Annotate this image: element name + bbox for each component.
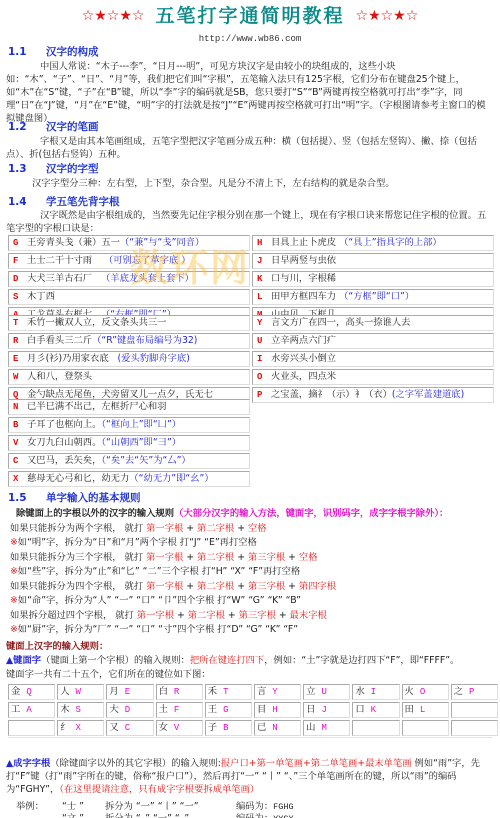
keyface-char: 女 [159,722,168,733]
table-row: N已半巳满不出己，左框折尸心和羽 [8,399,250,415]
keyface-char: 口 [355,704,364,715]
keyface-char: 月 [109,686,118,697]
keyface-cell: 水I [352,684,399,700]
section-body-1-4: 汉字既然是由字根组成的，当然要先记住字根分别在那一个键上，现在有字根口诀来帮您记… [6,209,492,235]
keyface-cell: 女V [156,720,203,736]
root-cell: J日早两竖与虫依 [252,253,494,269]
table-row: F土士二干十寸雨 （可别忘了革字底 ） J日早两竖与虫依 [8,253,494,269]
keyface-key: O [420,687,425,697]
table-row: 金Q 人W 月E 白R 禾T 言Y 立U 水I 火O 之P [8,684,498,700]
keyface-key: G [223,705,228,715]
keyface-cell: 山M [303,720,350,736]
root-cell: Y言文方广在四一，高头一捺谁人去 [252,315,494,331]
chengzi-rule: ▲成字字根（除键面字以外的其它字根）的输入规则:报户口+第一单笔画+第二单笔画+… [6,757,492,796]
keyface-cell: 纟X [57,720,104,736]
root-cell: S木丁西 [8,289,250,305]
keyface-cell: 禾T [205,684,252,700]
keyface-char: 言 [257,686,266,697]
page-header: ☆★☆★☆ 五笔打字通简明教程 ☆★☆★☆ [0,10,500,23]
table-row: R白手看头三二斤（“R”键盘布局编号为32) U立辛两点六门疒 [8,333,494,349]
section-number: 1.3 [8,163,46,176]
root-mnemonic: 子耳了也框向上。 [27,419,101,430]
reference-mark-icon: ※ [10,566,18,577]
reference-mark-icon: ※ [10,537,18,548]
root-note: （可别忘了革字底 ） [104,255,191,266]
keyface-cell: 木S [57,702,104,718]
rule-four-example: ※如“命”字，拆分为“人” “一” “口” “卩”四个字根 打“W” “G” “… [10,594,301,607]
keyface-cell: 立U [303,684,350,700]
key-letter: N [13,401,27,414]
keyface-heading: 键面上汉字的输入规则： [6,640,108,653]
keyface-key: C [125,723,130,733]
plus-sign: + [237,581,245,592]
example-code: YYGY [273,814,293,818]
root-cell: P之宝盖，摘礻（示）衤（衣）(之字军盖建道底) [252,387,494,403]
root-cell: G王旁青头戋（兼）五一（“兼”与“戋”同音） [8,235,250,251]
root-cell: R白手看头三二斤（“R”键盘布局编号为32) [8,333,250,349]
example-text: 如“命”字，拆分为“人” “一” “口” “卩”四个字根 打“W” “G” “K… [18,595,301,606]
root-cell: W人和八，登祭头 [8,369,250,385]
key-letter: F [13,255,27,268]
keyface-char: 白 [159,686,168,697]
keyface-cell: 子B [205,720,252,736]
root-table-zhe: N已半巳满不出己，左框折尸心和羽 B子耳了也框向上。（“框向上”即“凵”） V女… [6,397,252,489]
keyface-key: R [174,687,179,697]
formula-part: 第三字根 [248,552,285,563]
table-row: T禾竹一撇双人立，反文条头共三一 Y言文方广在四一，高头一捺谁人去 [8,315,494,331]
keyface-key: M [321,723,326,733]
keyface-cell [8,720,55,736]
section-number: 1.4 [8,196,46,209]
keyface-key: E [125,687,130,697]
example-split: 拆分为 “、” “一” “、” [105,812,233,818]
keyface-cell: 口K [352,702,399,718]
formula-part: 第一字根 [146,581,183,592]
keyface-char: 大 [109,704,118,715]
table-row: G王旁青头戋（兼）五一（“兼”与“戋”同音） H目具上止卜虎皮 （“具上”指具字… [8,235,494,251]
keyface-desc: （键面上第一个字根）的输入规则： [41,655,190,666]
keyface-cell [402,720,449,736]
keyface-cell [451,702,498,718]
formula-part: 第一字根 [146,523,183,534]
root-note: （羊底龙头套上套下） [101,273,194,284]
keyface-rule: ▲键面字（键面上第一个字根）的输入规则：把所在键连打四下，例如：“土”字就是边打… [6,654,492,667]
keyface-char: 又 [109,722,118,733]
example-label: 举例： [16,800,44,813]
reference-mark-icon: ※ [10,595,18,606]
site-url[interactable]: http://www.wb86.com [0,33,500,46]
section-heading-1-3: 1.3汉字的字型 [8,163,99,176]
root-mnemonic: 禾竹一撇双人立，反文条头共三一 [27,317,166,328]
root-mnemonic: 水旁兴头小倒立 [271,353,336,364]
keyface-key: N [272,723,277,733]
keyface-key: A [26,705,31,715]
section-number: 1.2 [8,121,46,134]
section-heading-1-1: 1.1汉字的构成 [8,46,99,59]
root-note: （“兼”与“戋”同音） [120,237,204,248]
example-char: “文 ” [62,812,102,818]
section-title: 汉字的构成 [46,46,99,58]
section-body-1-2: 字根又是由其本笔画组成，五笔字型把汉字笔画分成五种：横（包括提）、竖（包括左竖钩… [6,135,492,161]
root-note: （“幼无力”即“幺”） [129,473,213,484]
example-text: 如“些”字，拆分为“止”和“匕” “二”三个字根 打“H” “X” “F”再打空… [18,566,300,577]
keyface-key: P [469,687,474,697]
plus-sign: + [228,610,236,621]
rule-three-example: ※如“些”字，拆分为“止”和“匕” “二”三个字根 打“H” “X” “F”再打… [10,565,300,578]
keyface-cell: 金Q [8,684,55,700]
rule-more-roots: 如果拆分超过四个字根， 就打 第一字根 + 第二字根 + 第三字根 + 最末字根 [10,609,327,622]
formula-part: 第三字根 [248,581,285,592]
root-mnemonic: 慈母无心弓和匕，幼无力 [27,473,129,484]
keyface-count-line: 键面字一共有二十五个，它们所在的键位如下图： [6,668,492,681]
root-mnemonic: 火业头，四点米 [271,371,336,382]
keyface-cell: 王G [205,702,252,718]
root-cell: B子耳了也框向上。（“框向上”即“凵”） [8,417,250,433]
root-cell: T禾竹一撇双人立，反文条头共三一 [8,315,250,331]
keyface-key: F [174,705,179,715]
keyface-char: 纟 [60,722,69,733]
root-note: (爱头豹脚舟字底) [118,353,190,364]
plus-sign: + [237,523,245,534]
root-cell: K口与川，字根稀 [252,271,494,287]
table-row: 工A 木S 大D 土F 王G 目H 日J 口K 田L [8,702,498,718]
section-title: 单字输入的基本规则 [46,492,141,504]
rule-four-roots: 如果只能拆分为四个字根， 就打 第一字根 + 第二字根 + 第三字根 + 第四字… [10,580,336,593]
root-mnemonic: 月彡(衫)乃用家衣底 [27,353,109,364]
keyface-key: U [321,687,326,697]
rule-more-example: ※如“厨”字，拆分为“厂” “一” “口” “寸”四个字根 打“D” “G” “… [10,623,298,636]
root-mnemonic: 木丁西 [27,291,55,302]
page-title: 五笔打字通简明教程 [155,5,344,27]
section-number: 1.5 [8,492,46,505]
section-title: 汉字的笔画 [46,121,99,133]
keyface-char: 立 [306,686,315,697]
root-table-horizontal: G王旁青头戋（兼）五一（“兼”与“戋”同音） H目具上止卜虎皮 （“具上”指具字… [6,233,496,325]
key-letter: T [13,317,27,330]
example-code: FGHG [273,802,293,812]
keyface-cell [352,720,399,736]
rules-intro-title: 除键面上的字根以外的汉字的输入规则 [16,508,174,519]
key-letter: G [13,237,27,250]
key-letter: X [13,473,27,486]
plus-sign: + [237,552,245,563]
formula-part: 第二字根 [188,610,225,621]
keyface-char: 土 [159,704,168,715]
key-letter: I [257,353,271,366]
formula-part: 最末字根 [290,610,327,621]
key-letter: Y [257,317,271,330]
section-body-1-1: 中国人常说：“木子---李”，“日月---明”，可见方块汉字是由较小的块组成的，… [6,60,492,125]
key-letter: R [13,335,27,348]
plus-sign: + [177,610,185,621]
key-letter: O [257,371,271,384]
section-title: 学五笔先背字根 [46,196,120,208]
example-text: 如“明”字，拆分为“日”和“月”两个字根 打“J” “E”再打空格 [18,537,257,548]
keyface-char: 工 [11,704,20,715]
root-mnemonic: 土士二干十寸雨 [27,255,92,266]
key-letter: J [257,255,271,268]
example-text: 如“厨”字，拆分为“厂” “一” “口” “寸”四个字根 打“D” “G” “K… [18,624,298,635]
reference-mark-icon: ※ [10,624,18,635]
keyface-cell: 白R [156,684,203,700]
stars-right-decoration: ☆★☆★☆ [356,8,419,24]
table-row: C又巴马，丢矢矣，（“矣”去“矢”为“厶”） [8,453,250,469]
root-mnemonic: 目具上止卜虎皮 [271,237,336,248]
keyface-cell: 工A [8,702,55,718]
keyface-key: B [223,723,228,733]
root-cell: E月彡(衫)乃用家衣底 (爱头豹脚舟字底) [8,351,250,367]
keyface-rule-highlight: 把所在键连打四下 [190,655,264,666]
keyface-key: V [174,723,179,733]
plus-sign: + [186,523,194,534]
section-number: 1.1 [8,46,46,59]
section-heading-1-2: 1.2汉字的笔画 [8,121,99,134]
keyface-label: 键面字 [13,655,41,666]
keyface-char: 水 [355,686,364,697]
keyface-char: 目 [257,704,266,715]
key-letter: B [13,419,27,432]
keyface-cell: 大D [106,702,153,718]
section-heading-1-5: 1.5单字输入的基本规则 [8,492,141,505]
formula-part: 第二字根 [197,523,234,534]
root-mnemonic: 日早两竖与虫依 [271,255,336,266]
keyface-cell: 月E [106,684,153,700]
root-mnemonic: 人和八，登祭头 [27,371,92,382]
root-mnemonic: 已半巳满不出己，左框折尸心和羽 [27,401,166,412]
root-note: （“方框”即“口”） [339,291,414,302]
example-code-label: 编码为： [236,801,273,812]
keyface-char: 木 [60,704,69,715]
root-note: （“具上”指具字的上部） [339,237,442,248]
keyface-key: Y [272,687,277,697]
root-note: （“山朝西”即“彐”） [101,437,181,448]
root-mnemonic: 王旁青头戋（兼）五一 [27,237,120,248]
root-cell: X慈母无心弓和匕，幼无力（“幼无力”即“幺”） [8,471,250,487]
key-letter: E [13,353,27,366]
divider [8,737,492,738]
section-body-1-3: 汉字字型分三种：左右型，上下型，杂合型。凡是分不清上下，左右结构的就是杂合型。 [32,177,492,190]
keyface-cell: 目H [254,702,301,718]
section-title: 汉字的字型 [46,163,99,175]
table-row: B子耳了也框向上。（“框向上”即“凵”） [8,417,250,433]
example-row: “文 ” 拆分为 “、” “一” “、” 编码为：YYGY [62,812,294,818]
table-row: W人和八，登祭头 O火业头，四点米 [8,369,494,385]
keyface-cell [451,720,498,736]
keyface-char: 山 [306,722,315,733]
keyface-table: 金Q 人W 月E 白R 禾T 言Y 立U 水I 火O 之P 工A 木S 大D 土… [6,682,500,738]
table-row: 纟X 又C 女V 子B 已N 山M [8,720,498,736]
root-mnemonic: 大犬三羊古石厂 [27,273,92,284]
keyface-key: L [420,705,425,715]
root-cell: I水旁兴头小倒立 [252,351,494,367]
root-note: (之字军盖建道底) [392,389,464,400]
root-note: （“矣”去“矢”为“厶”） [101,455,190,466]
key-letter: P [257,389,271,402]
formula-part: 第四字根 [299,581,336,592]
chengzi-note: （在这里提请注意，只有成字字根要拆成单笔画） [59,784,259,795]
plus-sign: + [288,552,296,563]
table-row: D大犬三羊古石厂 （羊底龙头套上套下） K口与川，字根稀 [8,271,494,287]
example-code-label: 编码为： [236,813,273,818]
rules-intro-note: （大部分汉字的输入方法，键面字，识别码字，成字字根字除外）： [174,508,448,519]
keyface-char: 禾 [208,686,217,697]
keyface-cell: 已N [254,720,301,736]
root-mnemonic: 言文方广在四一，高头一捺谁人去 [271,317,410,328]
table-row: V女刀九臼山朝西。（“山朝西”即“彐”） [8,435,250,451]
formula-part: 第三字根 [239,610,276,621]
root-note: （“框向上”即“凵”） [101,419,181,430]
key-letter: W [13,371,27,384]
rule-text: 如果只能拆分为三个字根， 就打 [10,552,143,563]
keyface-char: 火 [405,686,414,697]
rules-intro: 除键面上的字根以外的汉字的输入规则（大部分汉字的输入方法，键面字，识别码字，成字… [16,507,448,520]
root-table-pie-dot: T禾竹一撇双人立，反文条头共三一 Y言文方广在四一，高头一捺谁人去 R白手看头三… [6,313,496,405]
keyface-cell: 日J [303,702,350,718]
key-letter: U [257,335,271,348]
key-letter: L [257,291,271,304]
plus-sign: + [279,610,287,621]
plus-sign: + [186,581,194,592]
root-cell: L田甲方框四车力 （“方框”即“口”） [252,289,494,305]
keyface-char: 日 [306,704,315,715]
formula-part: 第一字根 [137,610,174,621]
keyface-key: K [371,705,376,715]
rule-two-roots: 如果只能拆分为两个字根， 就打 第一字根 + 第二字根 + 空格 [10,522,267,535]
keyface-cell: 土F [156,702,203,718]
section-heading-1-4: 1.4学五笔先背字根 [8,196,120,209]
keyface-char: 金 [11,686,20,697]
keyface-cell: 又C [106,720,153,736]
keyface-char: 之 [454,686,463,697]
keyface-key: T [223,687,228,697]
root-mnemonic: 田甲方框四车力 [271,291,336,302]
key-letter: K [257,273,271,286]
root-mnemonic: 女刀九臼山朝西。 [27,437,101,448]
keyface-char: 王 [208,704,217,715]
formula-part: 空格 [299,552,318,563]
table-row: E月彡(衫)乃用家衣底 (爱头豹脚舟字底) I水旁兴头小倒立 [8,351,494,367]
keyface-key: J [321,705,326,715]
root-cell: D大犬三羊古石厂 （羊底龙头套上套下） [8,271,250,287]
keyface-char: 子 [208,722,217,733]
chengzi-desc: （除键面字以外的其它字根）的输入规则: [50,758,220,769]
keyface-char: 田 [405,704,414,715]
keyface-example: ，例如：“土”字就是边打四下“F”，即“FFFF”。 [264,655,459,666]
keyface-key: X [76,723,81,733]
formula-part: 第二字根 [197,552,234,563]
key-letter: V [13,437,27,450]
keyface-key: W [76,687,81,697]
keyface-key: I [371,687,376,697]
table-row: X慈母无心弓和匕，幼无力（“幼无力”即“幺”） [8,471,250,487]
formula-part: 第二字根 [197,581,234,592]
keyface-cell: 人W [57,684,104,700]
plus-sign: + [186,552,194,563]
root-mnemonic: 之宝盖，摘礻（示）衤（衣） [271,389,392,400]
key-letter: S [13,291,27,304]
rule-three-roots: 如果只能拆分为三个字根， 就打 第一字根 + 第二字根 + 第三字根 + 空格 [10,551,318,564]
keyface-cell: 之P [451,684,498,700]
keyface-char: 已 [257,722,266,733]
key-letter: C [13,455,27,468]
rule-text: 如果只能拆分为四个字根， 就打 [10,581,143,592]
root-cell: N已半巳满不出己，左框折尸心和羽 [8,399,250,415]
root-mnemonic: 口与川，字根稀 [271,273,336,284]
root-cell: O火业头，四点米 [252,369,494,385]
key-letter: H [257,237,271,250]
table-row: S木丁西 L田甲方框四车力 （“方框”即“口”） [8,289,494,305]
keyface-key: D [125,705,130,715]
rule-two-example: ※如“明”字，拆分为“日”和“月”两个字根 打“J” “E”再打空格 [10,536,257,549]
root-cell: V女刀九臼山朝西。（“山朝西”即“彐”） [8,435,250,451]
keyface-key: Q [26,687,31,697]
root-cell: H目具上止卜虎皮 （“具上”指具字的上部） [252,235,494,251]
plus-sign: + [288,581,296,592]
rule-text: 如果拆分超过四个字根， 就打 [10,610,134,621]
root-mnemonic: 立辛两点六门疒 [271,335,336,346]
key-letter: D [13,273,27,286]
keyface-cell: 火O [402,684,449,700]
keyface-cell: 言Y [254,684,301,700]
stars-left-decoration: ☆★☆★☆ [82,8,145,24]
chengzi-rule-highlight: 报户口+第一单笔画+第二单笔画+最末单笔画 [221,758,412,769]
formula-part: 空格 [248,523,267,534]
keyface-key: S [76,705,81,715]
root-note: （“R”键盘布局编号为32) [92,335,197,346]
rule-text: 如果只能拆分为两个字根， 就打 [10,523,143,534]
root-cell: C又巴马，丢矢矣，（“矣”去“矢”为“厶”） [8,453,250,469]
keyface-char: 人 [60,686,69,697]
root-cell: F土士二干十寸雨 （可别忘了革字底 ） [8,253,250,269]
root-cell: U立辛两点六门疒 [252,333,494,349]
formula-part: 第一字根 [146,552,183,563]
root-mnemonic: 又巴马，丢矢矣， [27,455,101,466]
root-mnemonic: 白手看头三二斤 [27,335,92,346]
keyface-key: H [272,705,277,715]
chengzi-label: 成字字根 [13,758,50,769]
keyface-cell: 田L [402,702,449,718]
